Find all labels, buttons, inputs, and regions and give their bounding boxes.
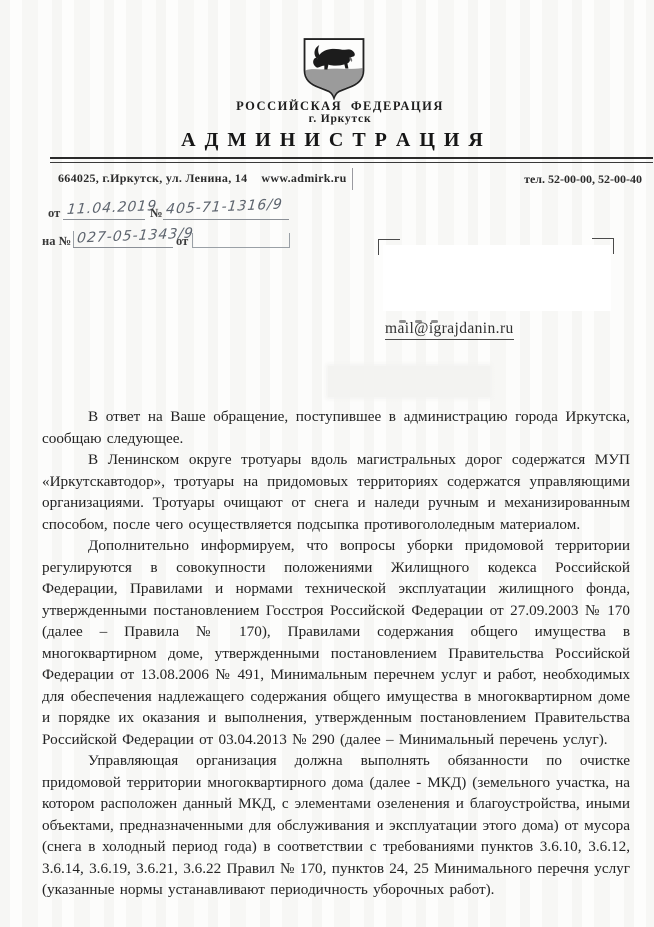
phone-numbers: тел. 52-00-00, 52-00-40 [524,172,642,187]
irkutsk-coat-of-arms-icon [301,37,367,100]
incoming-from-label: от [176,234,188,249]
postal-address: 664025, г.Иркутск, ул. Ленина, 14www.adm… [58,171,347,186]
body-paragraph-3: Дополнительно информируем, что вопросы у… [42,535,630,750]
header-divider [50,157,653,163]
redacted-salutation-block [328,366,490,397]
redacted-recipient-block [383,245,611,311]
incoming-number-label: на № [42,234,71,249]
outgoing-from-label: от [48,206,60,221]
letter-body: В ответ на Ваше обращение, поступившее в… [42,406,630,901]
address-text: 664025, г.Иркутск, ул. Ленина, 14 [58,171,247,185]
country-title: РОССИЙСКАЯ ФЕДЕРАЦИЯ [0,99,654,114]
body-paragraph-2: В Ленинском округе тротуары вдоль магист… [42,449,630,535]
address-corner-bracket-left [378,239,400,255]
contact-separator [352,168,353,190]
redaction-artifacts [399,310,469,315]
body-paragraph-4: Управляющая организация должна выполнять… [42,750,630,901]
incoming-date-field [192,233,290,248]
website-link: www.admirk.ru [261,171,346,185]
body-paragraph-1: В ответ на Ваше обращение, поступившее в… [42,406,630,449]
address-corner-bracket-right [592,238,614,254]
city-title: г. Иркутск [0,113,654,125]
organization-title: А Д М И Н И С Т Р А Ц И Я [0,129,654,152]
outgoing-number-label: № [150,206,163,221]
scanned-letter-page: РОССИЙСКАЯ ФЕДЕРАЦИЯ г. Иркутск А Д М И … [0,0,654,927]
recipient-email: mail@igrajdanin.ru [385,320,514,340]
